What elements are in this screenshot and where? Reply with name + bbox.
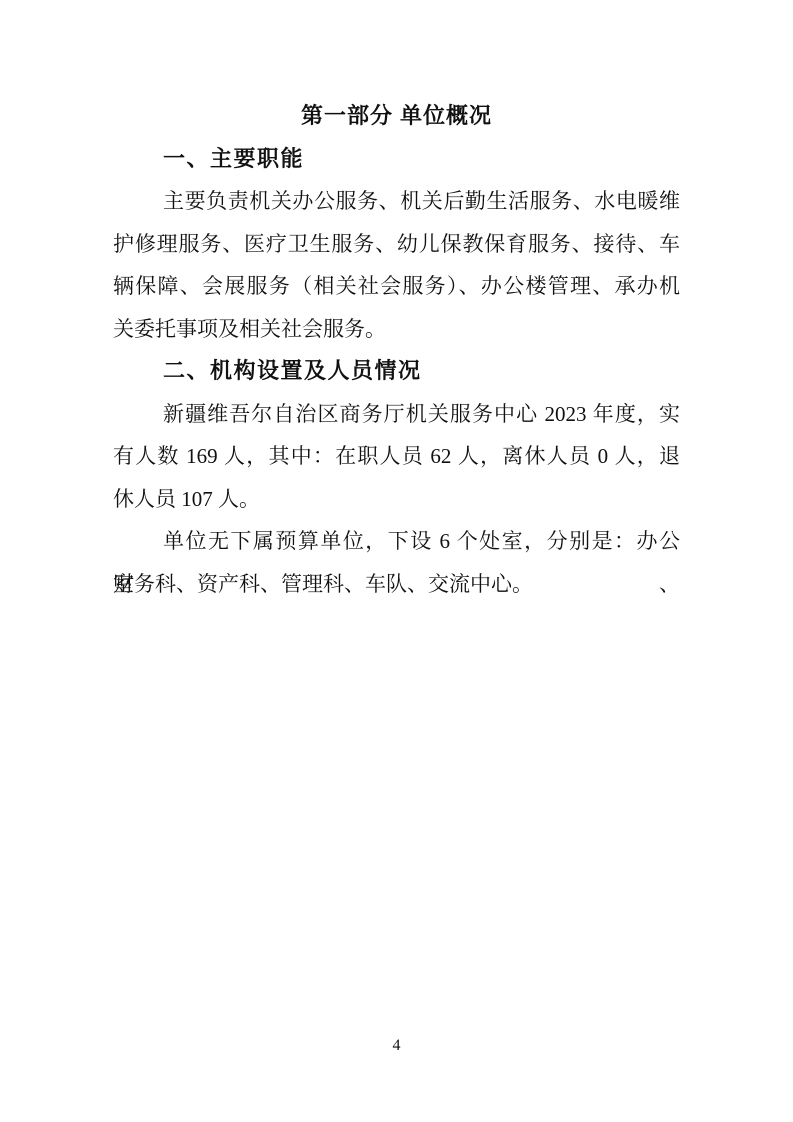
section-2-paragraph-1-line-2: 有人数 169 人，其中：在职人员 62 人，离休人员 0 人，退 — [113, 435, 680, 478]
section-1-paragraph-1-line-1: 主要负责机关办公服务、机关后勤生活服务、水电暖维 — [113, 180, 680, 223]
section-2-paragraph-1-line-1: 新疆维吾尔自治区商务厅机关服务中心 2023 年度，实 — [113, 393, 680, 436]
page-title: 第一部分 单位概况 — [113, 95, 680, 138]
section-2-paragraph-2-line-1: 单位无下属预算单位，下设 6 个处室，分别是：办公室、 — [113, 520, 680, 563]
section-1-paragraph-1-line-4: 关委托事项及相关社会服务。 — [113, 308, 680, 351]
document-page: 第一部分 单位概况 一、主要职能 主要负责机关办公服务、机关后勤生活服务、水电暖… — [0, 0, 793, 1122]
section-2-paragraph-1-line-3: 休人员 107 人。 — [113, 478, 680, 521]
document-content: 第一部分 单位概况 一、主要职能 主要负责机关办公服务、机关后勤生活服务、水电暖… — [113, 0, 680, 605]
section-2-heading: 二、机构设置及人员情况 — [113, 350, 680, 393]
section-1-paragraph-1-line-3: 辆保障、会展服务（相关社会服务）、办公楼管理、承办机 — [113, 265, 680, 308]
section-1-paragraph-1-line-2: 护修理服务、医疗卫生服务、幼儿保教保育服务、接待、车 — [113, 223, 680, 266]
section-1-heading: 一、主要职能 — [113, 138, 680, 181]
page-number: 4 — [0, 1036, 793, 1056]
